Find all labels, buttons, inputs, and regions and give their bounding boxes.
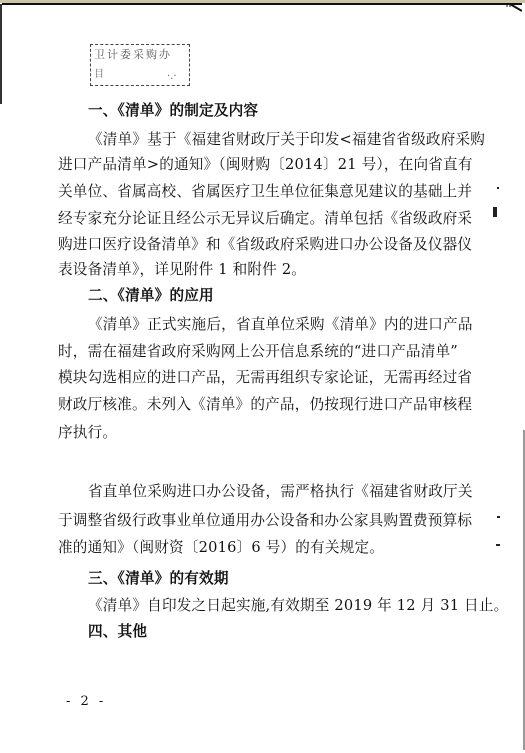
page-number: - 2 - [66, 694, 106, 709]
paragraph-line: 模块勾选相应的进口产品，无需再组织专家论证，无需再经过省 [58, 369, 472, 387]
paragraph-line: 表设备清单》，详见附件 1 和附件 2。 [58, 261, 306, 279]
paragraph-line: 关单位、省属高校、省属医疗卫生单位征集意见建议的基础上并 [58, 183, 472, 201]
paragraph-line: 财政厅核准。未列入《清单》的产品，仍按现行进口产品审核程 [58, 396, 472, 414]
paragraph-line: 《清单》正式实施后，省直单位采购《清单》内的进口产品 [88, 316, 473, 334]
scan-speck [497, 516, 500, 518]
section-heading: 二、《清单》的应用 [88, 287, 214, 305]
paragraph-line: 于调整省级行政事业单位通用办公设备和办公家具购置费预算标 [58, 512, 472, 530]
section-heading: 四、其他 [88, 623, 147, 641]
paragraph-line: 购进口医疗设备清单》和《省级政府采购进口办公设备及仪器仪 [58, 236, 472, 254]
paragraph-line: 序执行。 [58, 424, 117, 442]
paragraph-line: 省直单位采购进口办公设备，需严格执行《福建省财政厅关 [88, 483, 473, 501]
paragraph-line: 准的通知》（闽财资〔2016〕6 号）的有关规定。 [58, 539, 384, 557]
scan-left-edge [0, 4, 2, 104]
stamp-title: 卫计委采购办 [94, 46, 172, 62]
scan-speck [497, 187, 499, 189]
scan-edge-line [2, 3, 522, 5]
paragraph-line: 时，需在福建省政府采购网上公开信息系统的“进口产品清单” [58, 343, 458, 361]
stamp-box: 卫计委采购办 目 ·.· [90, 44, 190, 86]
section-heading: 三、《清单》的有效期 [88, 570, 229, 588]
paragraph-line: 《清单》自印发之日起实施,有效期至 2019 年 12 月 31 日止。 [88, 597, 508, 615]
stamp-mark-left: 目 [94, 65, 104, 80]
paragraph-line: 进口产品清单>的通知》（闽财购〔2014〕21 号），在向省直有 [58, 156, 473, 174]
paragraph-line: 《清单》基于《福建省财政厅关于印发<福建省省级政府采购 [88, 131, 485, 149]
stamp-mark-right: ·.· [167, 71, 177, 82]
section-heading: 一、《清单》的制定及内容 [88, 102, 258, 120]
paragraph-line: 经专家充分论证且经公示无异议后确定。清单包括《省级政府采 [58, 210, 472, 228]
scan-corner-mark [504, 2, 522, 12]
scan-speck [496, 544, 500, 546]
scan-speck [493, 207, 497, 217]
